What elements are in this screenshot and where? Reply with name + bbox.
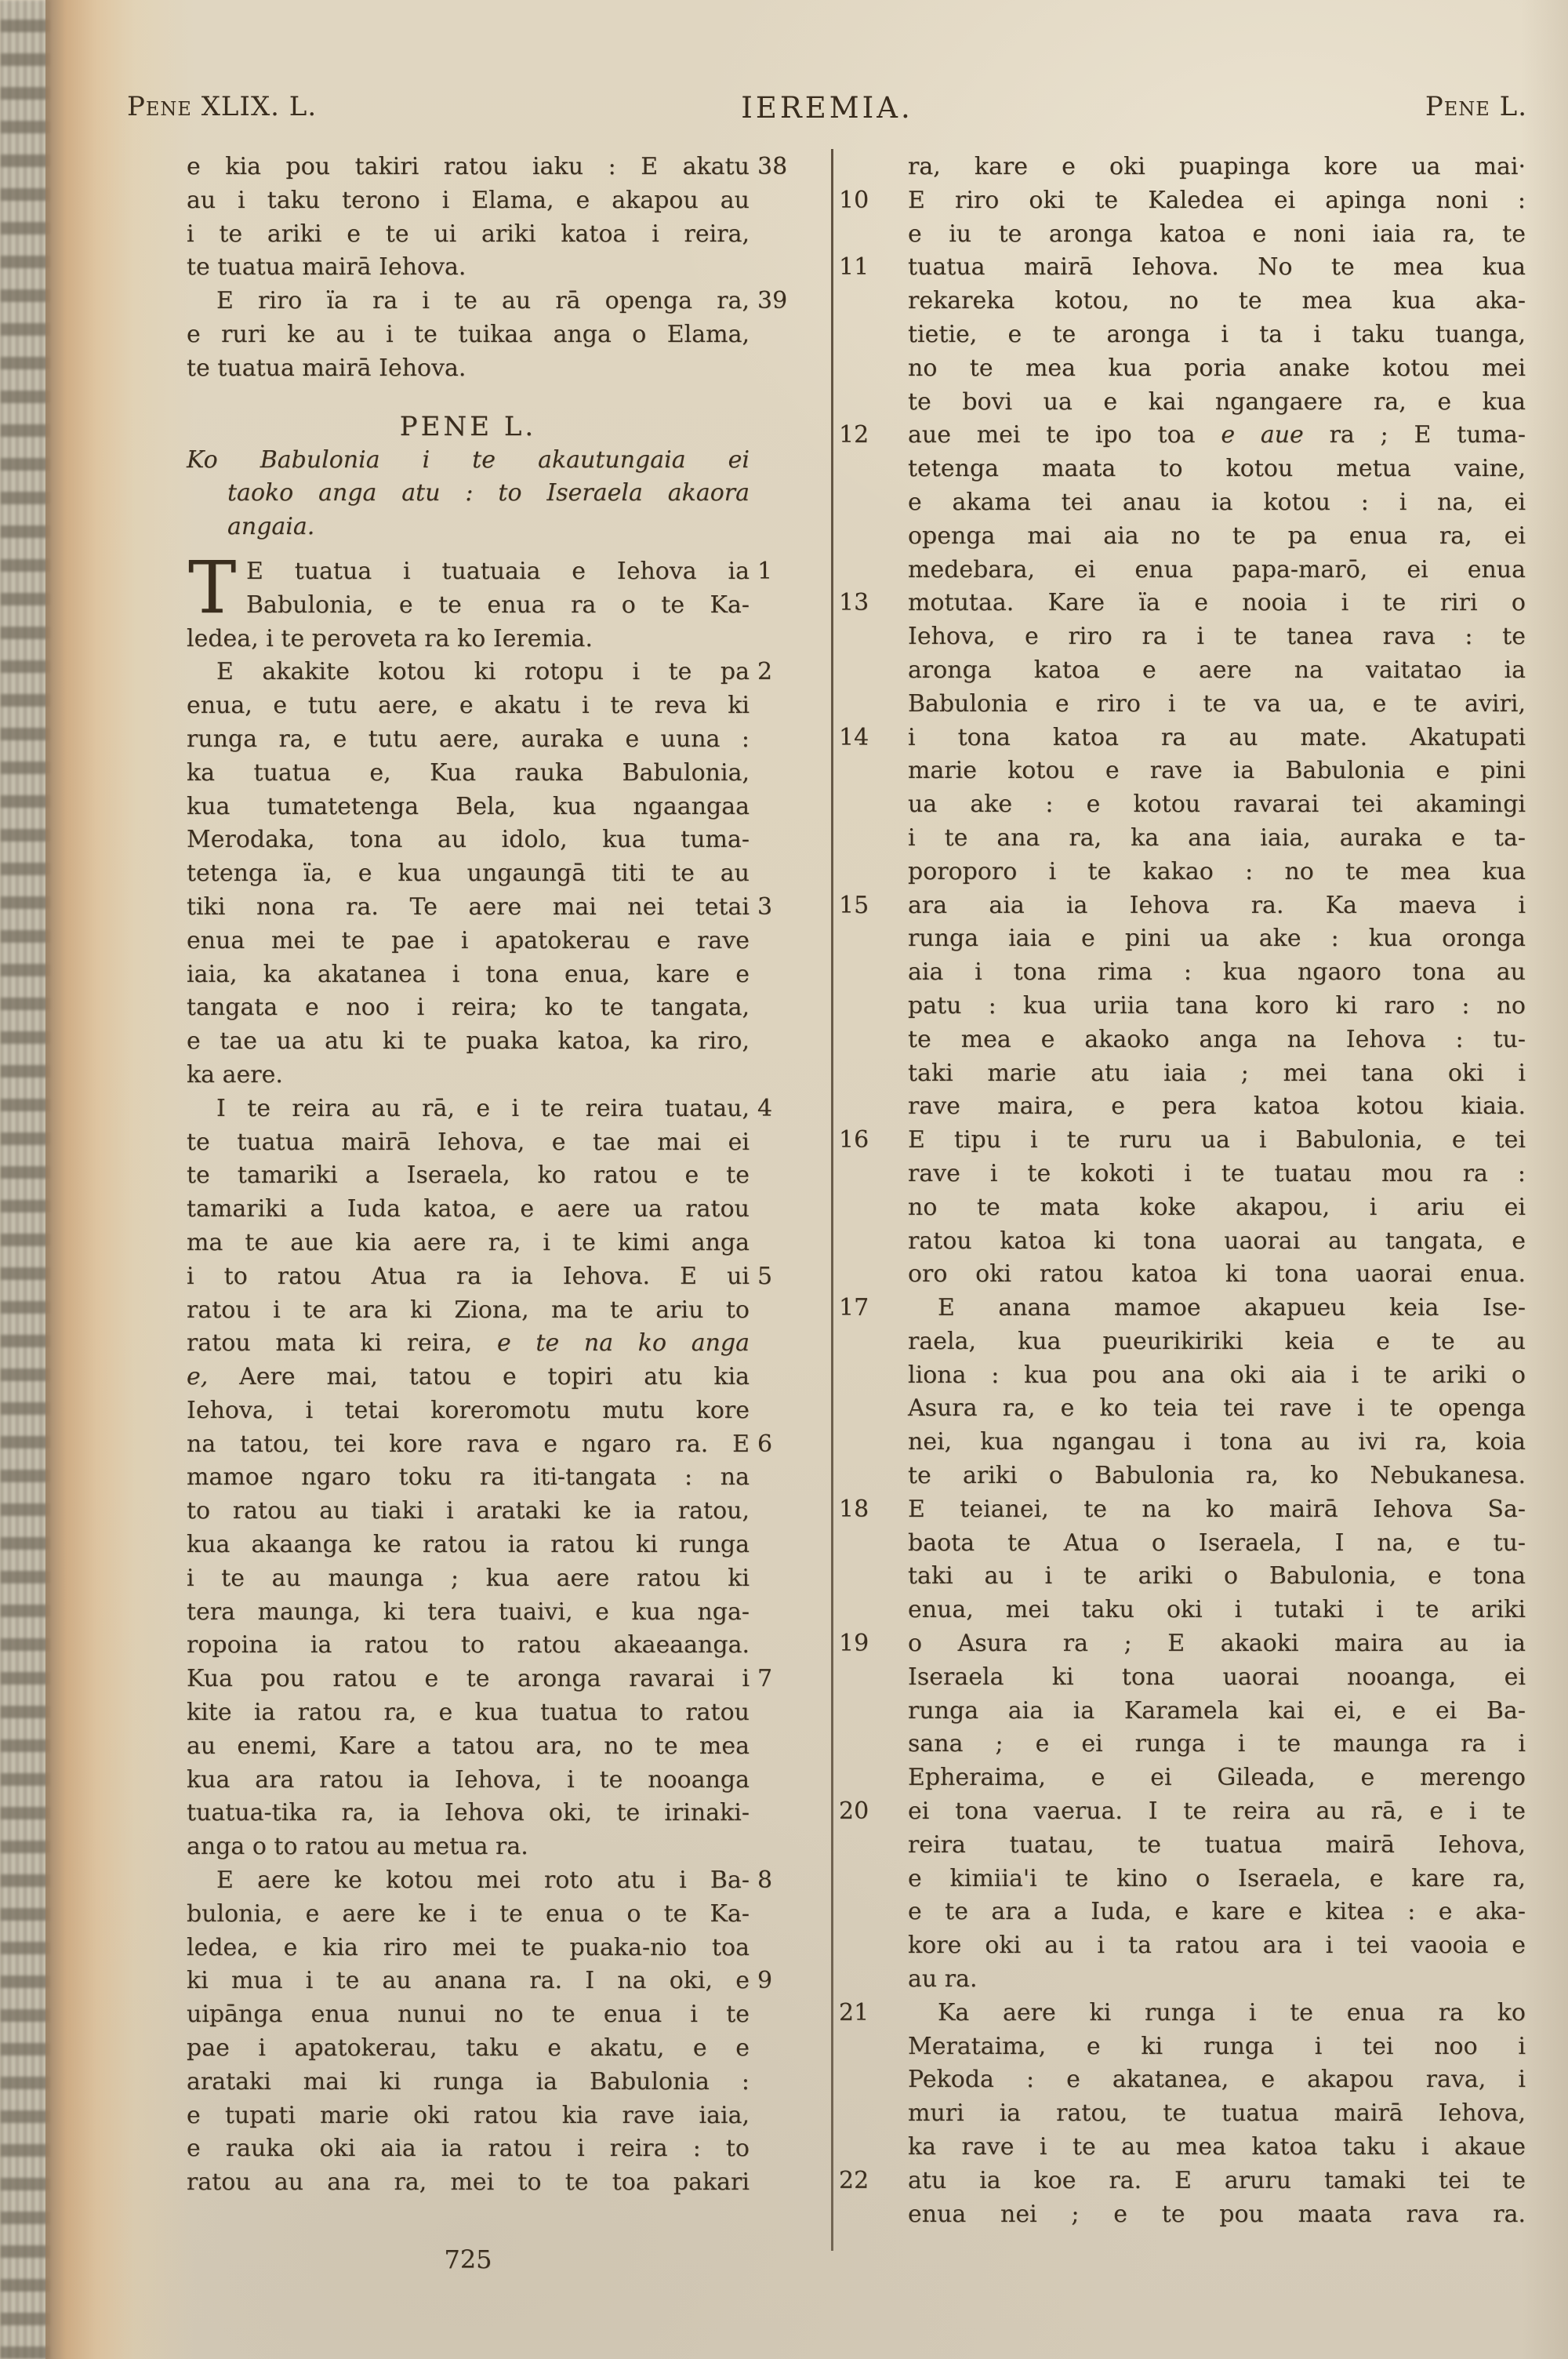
line-text: enua, mei taku oki i tutaki i te ariki	[908, 1596, 1526, 1623]
text-line: au enemi, Kare a tatou ara, no te mea	[187, 1730, 750, 1764]
line-text: anga o to ratou au metua ra.	[187, 1833, 528, 1860]
line-text: te tuatua mairā Iehova.	[187, 253, 466, 281]
line-text: ara aia ia Iehova ra. Ka maeva i	[908, 892, 1526, 919]
verse-number: 5	[757, 1260, 825, 1294]
text-line: enua mei te pae i apatokerau e rave	[187, 925, 750, 958]
verse-number: 13	[839, 587, 900, 620]
text-line: 3 tiki nona ra. Te aere mai nei tetai	[187, 891, 750, 925]
line-text: tetenga ïa, e kua ungaungā titi te au	[187, 860, 750, 887]
line-text: i te ariki e te ui ariki katoa i reira,	[187, 220, 750, 248]
line-text: ua ake : e kotou ravarai tei akamingi	[908, 791, 1526, 818]
text-line: liona : kua pou ana oki aia i te ariki o	[908, 1359, 1526, 1393]
text-line: tuatua-tika ra, ia Iehova oki, te irinak…	[187, 1797, 750, 1830]
text-line: 7 Kua pou ratou e te aronga ravarai i	[187, 1663, 750, 1696]
text-line: e tae ua atu ki te puaka katoa, ka riro,	[187, 1025, 750, 1059]
line-text: e tae ua atu ki te puaka katoa, ka riro,	[187, 1027, 750, 1055]
line-text: au enemi, Kare a tatou ara, no te mea	[187, 1732, 750, 1760]
verse-number: 22	[839, 2165, 900, 2198]
verse-number: 2	[757, 656, 825, 689]
text-line: te ariki o Babulonia ra, ko Nebukanesa.	[908, 1459, 1526, 1493]
verse-number: 20	[839, 1795, 900, 1829]
line-text: Pekoda : e akatanea, e akapou rava, i	[908, 2066, 1526, 2093]
text-line: marie kotou e rave ia Babulonia e pini	[908, 754, 1526, 788]
line-text: oro oki ratou katoa ki tona uaorai enua.	[908, 1260, 1526, 1288]
line-text: ma te aue kia aere ra, i te kimi anga	[187, 1229, 750, 1256]
line-text: te tuatua mairā Iehova, e tae mai ei	[187, 1129, 750, 1156]
text-line: no te mea kua poria anake kotou mei	[908, 352, 1526, 386]
text-line: rave i te kokoti i te tuatau mou ra :	[908, 1158, 1526, 1191]
line-text: tetenga maata to kotou metua vaine,	[908, 455, 1526, 482]
text-line: uipānga enua nunui no te enua i te	[187, 1998, 750, 2032]
text-line: PENE L.	[187, 409, 750, 444]
line-text: E tipu i te ruru ua i Babulonia, e tei	[908, 1126, 1526, 1154]
line-text: i to ratou Atua ra ia Iehova. E ui	[187, 1263, 750, 1290]
text-line: kite ia ratou ra, e kua tuatua to ratou	[187, 1696, 750, 1730]
verse-number: 3	[757, 891, 825, 925]
text-line: te bovi ua e kai ngangaere ra, e kua	[908, 386, 1526, 420]
line-text: e tupati marie oki ratou kia rave iaia,	[187, 2102, 750, 2129]
line-text: E riro oki te Kaledea ei apinga noni :	[908, 187, 1526, 214]
line-text: enua mei te pae i apatokerau e rave	[187, 927, 750, 954]
line-text: ka rave i te au mea katoa taku i akaue	[908, 2133, 1526, 2161]
text-line: au ra.	[908, 1963, 1526, 1997]
text-line: runga ra, e tutu aere, auraka e uuna :	[187, 723, 750, 757]
line-text: rave maira, e pera katoa kotou kiaia.	[908, 1092, 1526, 1120]
line-text: aia i tona rima : kua ngaoro tona au	[908, 958, 1526, 986]
line-text: angaia.	[227, 513, 314, 540]
text-line: Asura ra, e ko teia tei rave i te openga	[908, 1392, 1526, 1426]
text-line: enua, mei taku oki i tutaki i te ariki	[908, 1594, 1526, 1627]
page-right-vignette	[1521, 0, 1568, 2359]
text-line: ratou au ana ra, mei to te toa pakari	[187, 2166, 750, 2200]
line-text: kua tumatetenga Bela, kua ngaangaa	[187, 793, 750, 820]
line-text: kua akaanga ke ratou ia ratou ki runga	[187, 1531, 750, 1558]
line-text: e te ara a Iuda, e kare e kitea : e aka-	[908, 1898, 1526, 1925]
line-text: tuatua mairā Iehova. No te mea kua	[908, 253, 1526, 281]
line-text: baota te Atua o Iseraela, I na, e tu-	[908, 1529, 1526, 1557]
line-text: ra, kare e oki puapinga kore ua mai·	[908, 153, 1526, 180]
line-text: ratou mata ki reira, e te na ko anga	[187, 1329, 750, 1357]
line-text: e akama tei anau ia kotou : i na, ei	[908, 489, 1526, 516]
line-text: mamoe ngaro toku ra iti-tangata : na	[187, 1463, 750, 1491]
text-line: Pekoda : e akatanea, e akapou rava, i	[908, 2063, 1526, 2097]
line-text: kua ara ratou ia Iehova, i te nooanga	[187, 1766, 750, 1794]
text-line: te tamariki a Iseraela, ko ratou e te	[187, 1159, 750, 1193]
line-text: E aere ke kotou mei roto atu i Ba-	[216, 1866, 750, 1894]
text-line: taki au i te ariki o Babulonia, e tona	[908, 1560, 1526, 1594]
verse-number: 14	[839, 722, 900, 755]
text-line: 20 ei tona vaerua. I te reira au rā, e i…	[908, 1795, 1526, 1829]
verse-number: 16	[839, 1124, 900, 1158]
verse-number: 11	[839, 251, 900, 285]
verse-number: 1	[757, 555, 825, 589]
text-line: muri ia ratou, te tuatua mairā Iehova,	[908, 2097, 1526, 2131]
line-text: marie kotou e rave ia Babulonia e pini	[908, 757, 1526, 784]
line-text: Babulonia e riro i te va ua, e te aviri,	[908, 690, 1526, 718]
line-text: medebara, ei enua papa-marō, ei enua	[908, 556, 1526, 583]
line-text: uipānga enua nunui no te enua i te	[187, 2001, 750, 2028]
line-text: motutaa. Kare ïa e nooia i te riri o	[908, 589, 1526, 616]
text-line: te tuatua mairā Iehova.	[187, 352, 750, 386]
line-text: Iseraela ki tona uaorai nooanga, ei	[908, 1663, 1526, 1691]
text-line: 22 atu ia koe ra. E aruru tamaki tei te	[908, 2165, 1526, 2198]
line-text: openga mai aia no te pa enua ra, ei	[908, 522, 1526, 550]
line-text: aue mei te ipo toa e aue ra ; E tuma-	[908, 421, 1526, 449]
text-line: e akama tei anau ia kotou : i na, ei	[908, 486, 1526, 520]
text-line: 5 i to ratou Atua ra ia Iehova. E ui	[187, 1260, 750, 1294]
line-text: ratou i te ara ki Ziona, ma te ariu to	[187, 1296, 750, 1324]
text-line: ropoina ia ratou to ratou akaeaanga.	[187, 1629, 750, 1663]
line-text: E tuatua i tuatuaia e Iehova ia	[246, 558, 750, 585]
text-line: te mea e akaoko anga na Iehova : tu-	[908, 1023, 1526, 1057]
line-text: te tuatua mairā Iehova.	[187, 354, 466, 382]
line-text: e iu te aronga katoa e noni iaia ra, te	[908, 220, 1526, 248]
line-text: ledea, i te peroveta ra ko Ieremia.	[187, 625, 593, 652]
text-line: 11 tuatua mairā Iehova. No te mea kua	[908, 251, 1526, 285]
verse-number: 4	[757, 1092, 825, 1126]
text-line: angaia.	[187, 511, 750, 544]
right-column: ra, kare e oki puapinga kore ua mai· 10 …	[908, 151, 1526, 2231]
line-text: e kia pou takiri ratou iaku : E akatu	[187, 153, 750, 180]
text-line: tetenga ïa, e kua ungaungā titi te au	[187, 857, 750, 891]
verse-number: 6	[757, 1428, 825, 1462]
line-text: Ko Babulonia i te akautungaia ei	[187, 446, 750, 474]
text-line: 6 na tatou, tei kore rava e ngaro ra. E	[187, 1428, 750, 1462]
line-text: liona : kua pou ana oki aia i te ariki o	[908, 1361, 1526, 1389]
text-line: raela, kua pueurikiriki keia e te au	[908, 1325, 1526, 1359]
verse-number: 21	[839, 1997, 900, 2030]
verse-number: 10	[839, 184, 900, 218]
text-line: e rauka oki aia ia ratou i reira : to	[187, 2132, 750, 2166]
running-head-right: Pene L.	[1425, 91, 1527, 122]
verse-number: 17	[839, 1292, 900, 1325]
text-line: mamoe ngaro toku ra iti-tangata : na	[187, 1461, 750, 1495]
text-line: tietie, e te aronga i ta i taku tuanga,	[908, 318, 1526, 352]
left-column: 38 e kia pou takiri ratou iaku : E akatu…	[187, 151, 750, 2200]
text-line: ledea, i te peroveta ra ko Ieremia.	[187, 623, 750, 656]
verse-number: 9	[757, 1965, 825, 1998]
text-line: te tuatua mairā Iehova, e tae mai ei	[187, 1126, 750, 1160]
line-text: rave i te kokoti i te tuatau mou ra :	[908, 1160, 1526, 1187]
line-text: tera maunga, ki tera tuaivi, e kua nga-	[187, 1598, 750, 1626]
text-line: e tupati marie oki ratou kia rave iaia,	[187, 2099, 750, 2133]
line-text: bulonia, e aere ke i te enua o te Ka-	[187, 1900, 750, 1928]
text-line: te tuatua mairā Iehova.	[187, 251, 750, 285]
line-text: tiki nona ra. Te aere mai nei tetai	[187, 893, 750, 921]
text-line: anga o to ratou au metua ra.	[187, 1830, 750, 1864]
text-line: ka tuatua e, Kua rauka Babulonia,	[187, 757, 750, 791]
text-line: ma te aue kia aere ra, i te kimi anga	[187, 1227, 750, 1260]
text-line: taoko anga atu : to Iseraela akaora	[187, 477, 750, 511]
line-text: au i taku terono i Elama, e akapou au	[187, 187, 750, 214]
line-text: Ka aere ki runga i te enua ra ko	[938, 1999, 1526, 2026]
line-text: ratou au ana ra, mei to te toa pakari	[187, 2168, 750, 2196]
line-text: o Asura ra ; E akaoki maira au ia	[908, 1630, 1526, 1657]
line-text: E anana mamoe akapueu keia Ise-	[938, 1294, 1526, 1321]
text-line: rave maira, e pera katoa kotou kiaia.	[908, 1090, 1526, 1124]
verse-number: 8	[757, 1864, 825, 1898]
text-line: i te ariki e te ui ariki katoa i reira,	[187, 218, 750, 252]
text-line: kua akaanga ke ratou ia ratou ki runga	[187, 1528, 750, 1562]
text-line: e te ara a Iuda, e kare e kitea : e aka-	[908, 1896, 1526, 1929]
text-line: 8 E aere ke kotou mei roto atu i Ba-	[187, 1864, 750, 1898]
text-line: tangata e noo i reira; ko te tangata,	[187, 991, 750, 1025]
adjacent-page-edge	[0, 0, 50, 2359]
text-line: ra, kare e oki puapinga kore ua mai·	[908, 151, 1526, 184]
line-text: taoko anga atu : to Iseraela akaora	[227, 479, 750, 507]
text-line: 14 i tona katoa ra au mate. Akatupati	[908, 722, 1526, 755]
book-scan-page: { "book": { "running_head_left": "Pene X…	[0, 0, 1568, 2359]
line-text: I te reira au rā, e i te reira tuatau,	[216, 1095, 750, 1122]
text-line: ratou katoa ki tona uaorai au tangata, e	[908, 1225, 1526, 1259]
text-line: ledea, e kia riro mei te puaka-nio toa	[187, 1932, 750, 1965]
line-text: nei, kua ngangau i tona au ivi ra, koia	[908, 1428, 1526, 1456]
text-line: Merataima, e ki runga i tei noo i	[908, 2030, 1526, 2064]
line-text: tangata e noo i reira; ko te tangata,	[187, 994, 750, 1021]
text-line: 2 E akakite kotou ki rotopu i te pa	[187, 656, 750, 689]
running-header: Pene XLIX. L. IEREMIA. Pene L.	[0, 91, 1568, 130]
text-line: Merodaka, tona au idolo, kua tuma-	[187, 823, 750, 857]
line-text: i te au maunga ; kua aere ratou ki	[187, 1565, 750, 1592]
line-text: te ariki o Babulonia ra, ko Nebukanesa.	[908, 1462, 1526, 1489]
line-text: ka tuatua e, Kua rauka Babulonia,	[187, 759, 750, 787]
text-line: ratou i te ara ki Ziona, ma te ariu to	[187, 1294, 750, 1328]
text-line: au i taku terono i Elama, e akapou au	[187, 184, 750, 218]
verse-number: 38	[757, 151, 825, 184]
text-line: ua ake : e kotou ravarai tei akamingi	[908, 788, 1526, 822]
text-line: runga iaia e pini ua ake : kua oronga	[908, 922, 1526, 956]
line-text: atu ia koe ra. E aruru tamaki tei te	[908, 2167, 1526, 2194]
line-text: runga iaia e pini ua ake : kua oronga	[908, 925, 1526, 952]
line-text: taki au i te ariki o Babulonia, e tona	[908, 1562, 1526, 1590]
text-line: 38 e kia pou takiri ratou iaku : E akatu	[187, 151, 750, 184]
line-text: no te mata koke akapou, i ariu ei	[908, 1194, 1526, 1221]
text-line: e iu te aronga katoa e noni iaia ra, te	[908, 218, 1526, 252]
text-line: to ratou au tiaki i arataki ke ia ratou,	[187, 1495, 750, 1528]
line-text: pae i apatokerau, taku e akatu, e e	[187, 2034, 750, 2062]
text-line: ka aere.	[187, 1059, 750, 1092]
text-line: 19 o Asura ra ; E akaoki maira au ia	[908, 1627, 1526, 1661]
text-line: reira tuatau, te tuatua mairā Iehova,	[908, 1829, 1526, 1863]
line-text: ledea, e kia riro mei te puaka-nio toa	[187, 1934, 750, 1961]
line-text: rekareka kotou, no te mea kua aka-	[908, 287, 1526, 314]
text-line: 15 ara aia ia Iehova ra. Ka maeva i	[908, 889, 1526, 923]
line-text: te bovi ua e kai ngangaere ra, e kua	[908, 388, 1526, 416]
verse-number: 12	[839, 419, 900, 453]
line-text: aronga katoa e aere na vaitatao ia	[908, 656, 1526, 684]
text-line: nei, kua ngangau i tona au ivi ra, koia	[908, 1426, 1526, 1459]
line-text: i tona katoa ra au mate. Akatupati	[908, 724, 1526, 751]
text-line: openga mai aia no te pa enua ra, ei	[908, 520, 1526, 554]
text-line: tetenga maata to kotou metua vaine,	[908, 453, 1526, 486]
text-line: aia i tona rima : kua ngaoro tona au	[908, 956, 1526, 990]
line-text: e rauka oki aia ia ratou i reira : to	[187, 2135, 750, 2162]
text-line: tamariki a Iuda katoa, e aere ua ratou	[187, 1193, 750, 1227]
text-line: kore oki au i ta ratou ara i tei vaooia …	[908, 1929, 1526, 1963]
line-text: to ratou au tiaki i arataki ke ia ratou,	[187, 1497, 750, 1525]
line-text: tamariki a Iuda katoa, e aere ua ratou	[187, 1195, 750, 1223]
text-line: sana ; e ei runga i te maunga ra i	[908, 1728, 1526, 1761]
line-text: ki mua i te au anana ra. I na oki, e	[187, 1967, 750, 1994]
line-text: Babulonia, e te enua ra o te Ka-	[246, 591, 750, 619]
text-line: Ko Babulonia i te akautungaia ei	[187, 444, 750, 478]
line-text: te mea e akaoko anga na Iehova : tu-	[908, 1026, 1526, 1053]
line-text: raela, kua pueurikiriki keia e te au	[908, 1328, 1526, 1355]
line-text: kite ia ratou ra, e kua tuatua to ratou	[187, 1699, 750, 1726]
line-text: ropoina ia ratou to ratou akaeaanga.	[187, 1631, 750, 1659]
text-line: i te au maunga ; kua aere ratou ki	[187, 1562, 750, 1596]
line-text: PENE L.	[400, 411, 536, 442]
text-line: 39 E riro ïa ra i te au rā openga ra,	[187, 285, 750, 318]
line-text: ka aere.	[187, 1061, 283, 1089]
line-text: tietie, e te aronga i ta i taku tuanga,	[908, 321, 1526, 348]
line-text: e ruri ke au i te tuikaa anga o Elama,	[187, 321, 750, 348]
line-text: tuatua-tika ra, ia Iehova oki, te irinak…	[187, 1799, 750, 1826]
text-line: 18 E teianei, te na ko mairā Iehova Sa-	[908, 1493, 1526, 1527]
line-text: i te ana ra, ka ana iaia, auraka e ta-	[908, 824, 1526, 852]
line-text: Asura ra, e ko teia tei rave i te openga	[908, 1394, 1526, 1422]
line-text: muri ia ratou, te tuatua mairā Iehova,	[908, 2099, 1526, 2127]
line-text: arataki mai ki runga ia Babulonia :	[187, 2068, 750, 2095]
text-line: ratou mata ki reira, e te na ko anga	[187, 1327, 750, 1361]
text-line: kua tumatetenga Bela, kua ngaangaa	[187, 791, 750, 824]
text-line: Iseraela ki tona uaorai nooanga, ei	[908, 1661, 1526, 1695]
line-text: poroporo i te kakao : no te mea kua	[908, 858, 1526, 885]
line-text: E teianei, te na ko mairā Iehova Sa-	[908, 1496, 1526, 1523]
text-line: e kimiia'i te kino o Iseraela, e kare ra…	[908, 1863, 1526, 1896]
line-text: runga ra, e tutu aere, auraka e uuna :	[187, 725, 750, 753]
line-text: Merodaka, tona au idolo, kua tuma-	[187, 826, 750, 853]
text-line: medebara, ei enua papa-marō, ei enua	[908, 554, 1526, 587]
line-text: ei tona vaerua. I te reira au rā, e i te	[908, 1797, 1526, 1825]
line-text: Kua pou ratou e te aronga ravarai i	[187, 1665, 750, 1692]
line-text: taki marie atu iaia ; mei tana oki i	[908, 1060, 1526, 1087]
text-line: 4 I te reira au rā, e i te reira tuatau,	[187, 1092, 750, 1126]
line-text: Iehova, e riro ra i te tanea rava : te	[908, 623, 1526, 650]
text-line: baota te Atua o Iseraela, I na, e tu-	[908, 1527, 1526, 1561]
line-text: e, Aere mai, tatou e topiri atu kia	[187, 1363, 750, 1390]
line-text: sana ; e ei runga i te maunga ra i	[908, 1730, 1526, 1757]
text-line: tera maunga, ki tera tuaivi, e kua nga-	[187, 1596, 750, 1630]
line-text: te tamariki a Iseraela, ko ratou e te	[187, 1161, 750, 1189]
text-line: 9 ki mua i te au anana ra. I na oki, e	[187, 1965, 750, 1998]
line-text: Merataima, e ki runga i tei noo i	[908, 2033, 1526, 2060]
text-line: i te ana ra, ka ana iaia, auraka e ta-	[908, 822, 1526, 856]
line-text: enua, e tutu aere, e akatu i te reva ki	[187, 692, 750, 719]
line-text: enua nei ; e te pou maata rava ra.	[908, 2201, 1526, 2228]
text-line: enua nei ; e te pou maata rava ra.	[908, 2198, 1526, 2232]
text-line: runga aia ia Karamela kai ei, e ei Ba-	[908, 1695, 1526, 1728]
text-line: pae i apatokerau, taku e akatu, e e	[187, 2032, 750, 2066]
column-divider-rule	[831, 149, 833, 2251]
text-line: arataki mai ki runga ia Babulonia :	[187, 2066, 750, 2099]
text-line: Epheraima, e ei Gileada, e merengo	[908, 1761, 1526, 1795]
page-gutter-shadow	[45, 0, 194, 2359]
text-line: 1 T E tuatua i tuatuaia e Iehova ia	[187, 555, 750, 589]
page-number: 725	[187, 2245, 750, 2274]
line-text: au ra.	[908, 1965, 978, 1993]
text-line: patu : kua uriia tana koro ki raro : no	[908, 990, 1526, 1023]
text-line: enua, e tutu aere, e akatu i te reva ki	[187, 689, 750, 723]
verse-number: 15	[839, 889, 900, 923]
text-line: iaia, ka akatanea i tona enua, kare e	[187, 958, 750, 992]
text-line: Iehova, e riro ra i te tanea rava : te	[908, 620, 1526, 654]
text-line: rekareka kotou, no te mea kua aka-	[908, 285, 1526, 318]
text-line: bulonia, e aere ke i te enua o te Ka-	[187, 1898, 750, 1932]
text-line: e ruri ke au i te tuikaa anga o Elama,	[187, 318, 750, 352]
text-line: aronga katoa e aere na vaitatao ia	[908, 654, 1526, 688]
running-head-left: Pene XLIX. L.	[127, 91, 317, 122]
line-text: na tatou, tei kore rava e ngaro ra. E	[187, 1430, 750, 1458]
verse-number: 7	[757, 1663, 825, 1696]
line-text: E riro ïa ra i te au rā openga ra,	[216, 287, 750, 314]
text-line: oro oki ratou katoa ki tona uaorai enua.	[908, 1258, 1526, 1292]
line-text: e kimiia'i te kino o Iseraela, e kare ra…	[908, 1865, 1526, 1892]
text-line: 16 E tipu i te ruru ua i Babulonia, e te…	[908, 1124, 1526, 1158]
text-line: 17 E anana mamoe akapueu keia Ise-	[908, 1292, 1526, 1325]
text-line: 13 motutaa. Kare ïa e nooia i te riri o	[908, 587, 1526, 620]
text-line: no te mata koke akapou, i ariu ei	[908, 1191, 1526, 1225]
text-line: 21 Ka aere ki runga i te enua ra ko	[908, 1997, 1526, 2030]
verse-number: 18	[839, 1493, 900, 1527]
text-line: e, Aere mai, tatou e topiri atu kia	[187, 1361, 750, 1394]
text-line: 12 aue mei te ipo toa e aue ra ; E tuma-	[908, 419, 1526, 453]
line-text: patu : kua uriia tana koro ki raro : no	[908, 992, 1526, 1020]
text-line: Babulonia e riro i te va ua, e te aviri,	[908, 688, 1526, 722]
text-line: Iehova, i tetai koreromotu mutu kore	[187, 1394, 750, 1428]
text-line: Babulonia, e te enua ra o te Ka-	[187, 589, 750, 623]
verse-number: 39	[757, 285, 825, 318]
line-text: iaia, ka akatanea i tona enua, kare e	[187, 961, 750, 988]
line-text: runga aia ia Karamela kai ei, e ei Ba-	[908, 1697, 1526, 1725]
line-text: kore oki au i ta ratou ara i tei vaooia …	[908, 1932, 1526, 1959]
text-line: taki marie atu iaia ; mei tana oki i	[908, 1057, 1526, 1091]
line-text: ratou katoa ki tona uaorai au tangata, e	[908, 1227, 1526, 1255]
line-text: reira tuatau, te tuatua mairā Iehova,	[908, 1831, 1526, 1859]
line-text: Iehova, i tetai koreromotu mutu kore	[187, 1397, 750, 1424]
text-line: ka rave i te au mea katoa taku i akaue	[908, 2131, 1526, 2165]
running-head-center: IEREMIA.	[741, 91, 913, 125]
verse-number: 19	[839, 1627, 900, 1661]
text-line: 10 E riro oki te Kaledea ei apinga noni …	[908, 184, 1526, 218]
line-text: E akakite kotou ki rotopu i te pa	[216, 658, 750, 685]
line-text: Epheraima, e ei Gileada, e merengo	[908, 1764, 1526, 1791]
text-line: kua ara ratou ia Iehova, i te nooanga	[187, 1764, 750, 1797]
text-line: poroporo i te kakao : no te mea kua	[908, 856, 1526, 889]
line-text: no te mea kua poria anake kotou mei	[908, 354, 1526, 382]
